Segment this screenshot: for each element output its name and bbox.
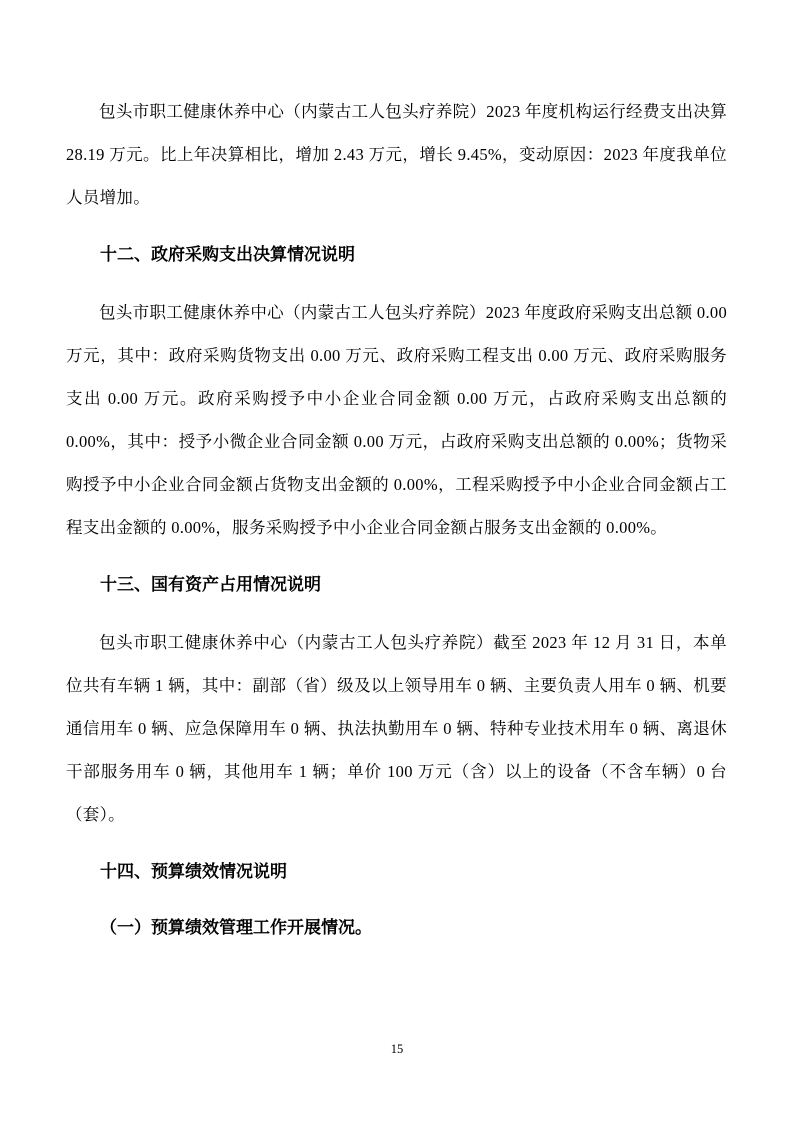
heading-section-14-budget-performance: 十四、预算绩效情况说明 — [66, 852, 727, 892]
heading-section-12-government-procurement: 十二、政府采购支出决算情况说明 — [66, 235, 727, 275]
document-page: 包头市职工健康休养中心（内蒙古工人包头疗养院）2023 年度机构运行经费支出决算… — [0, 0, 794, 1123]
heading-section-13-state-assets: 十三、国有资产占用情况说明 — [66, 565, 727, 605]
page-number: 15 — [0, 1042, 794, 1057]
subheading-14-1-performance-management: （一）预算绩效管理工作开展情况。 — [66, 908, 727, 948]
paragraph-government-procurement: 包头市职工健康休养中心（内蒙古工人包头疗养院）2023 年度政府采购支出总额 0… — [66, 291, 727, 549]
paragraph-operating-expense: 包头市职工健康休养中心（内蒙古工人包头疗养院）2023 年度机构运行经费支出决算… — [66, 90, 727, 219]
paragraph-state-assets: 包头市职工健康休养中心（内蒙古工人包头疗养院）截至 2023 年 12 月 31… — [66, 621, 727, 836]
